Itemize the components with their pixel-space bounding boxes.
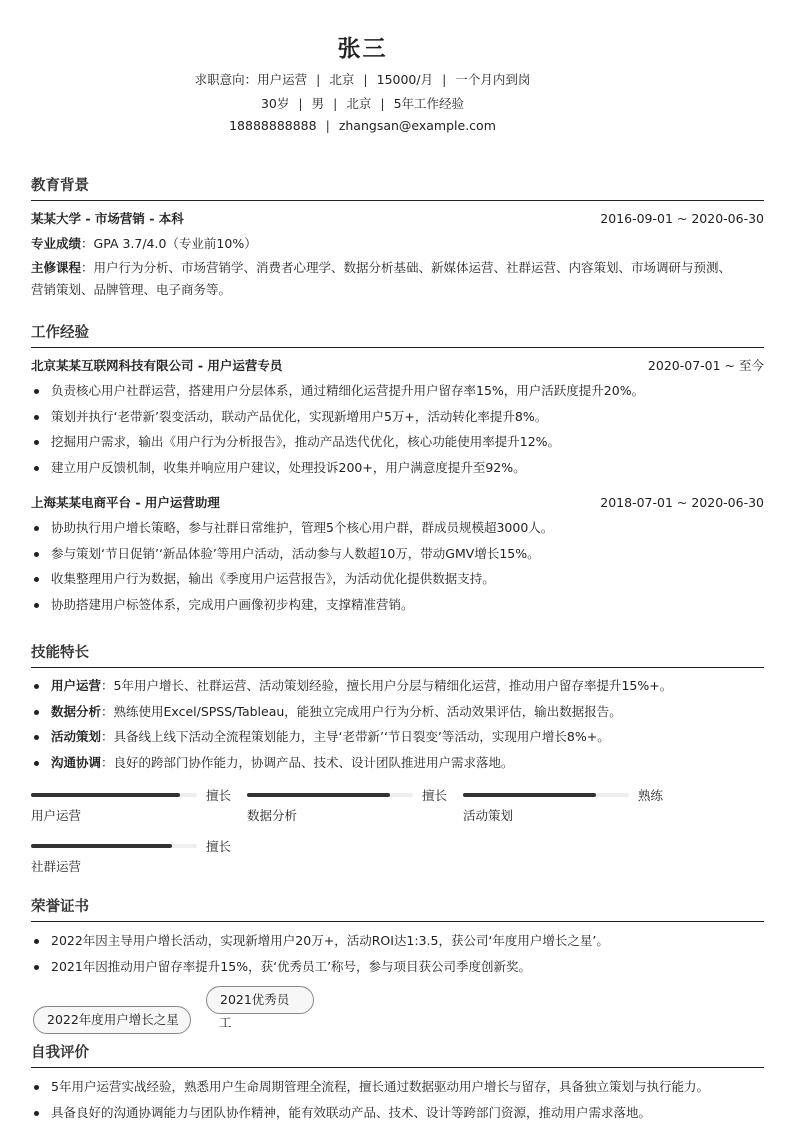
gpa-label: 专业成绩 bbox=[31, 236, 81, 251]
education-date: 2016-09-01 ~ 2020-06-30 bbox=[600, 209, 764, 229]
job-company-title: 北京某某互联网科技有限公司 - 用户运营专员 bbox=[31, 356, 282, 376]
skill-track bbox=[31, 844, 197, 848]
list-item: 2021年因推动用户留存率提升15%，获‘优秀员工’称号，参与项目获公司季度创新… bbox=[31, 957, 764, 983]
skill-text: ：熟练使用Excel/SPSS/Tableau，能独立完成用户行为分析、活动效果… bbox=[101, 704, 622, 719]
job-date: 2018-07-01 ~ 2020-06-30 bbox=[600, 493, 764, 513]
separator: | bbox=[326, 118, 330, 133]
separator: | bbox=[380, 96, 384, 111]
list-item: 用户运营：5年用户增长、社群运营、活动策划经验，擅长用户分层与精细化运营，推动用… bbox=[31, 676, 764, 702]
list-item: 协助执行用户增长策略，参与社群日常维护，管理5个核心用户群，群成员规模超3000… bbox=[31, 518, 764, 544]
work-years: 5年工作经验 bbox=[394, 96, 464, 111]
skill-bullets: 用户运营：5年用户增长、社群运营、活动策划经验，擅长用户分层与精细化运营，推动用… bbox=[31, 676, 764, 778]
list-item: 挖掘用户需求，输出《用户行为分析报告》，推动产品迭代优化，核心功能使用率提升12… bbox=[31, 432, 764, 458]
email[interactable]: zhangsan@example.com bbox=[339, 118, 496, 133]
list-item: 建立用户反馈机制，收集并响应用户建议，处理投诉200+，用户满意度提升至92%。 bbox=[31, 458, 764, 484]
list-item: 负责核心用户社群运营，搭建用户分层体系，通过精细化运营提升用户留存率15%，用户… bbox=[31, 381, 764, 407]
age: 30岁 bbox=[261, 96, 289, 111]
list-item: 活动策划：具备线上线下活动全流程策划能力，主导‘老带新’‘节日裂变’等活动，实现… bbox=[31, 727, 764, 753]
skill-fill bbox=[463, 793, 596, 797]
skill-text: ：良好的跨部门协作能力，协调产品、技术、设计团队推进用户需求落地。 bbox=[101, 755, 514, 770]
skill-bar-user-ops: 擅长 用户运营 bbox=[31, 786, 231, 826]
gender: 男 bbox=[312, 96, 325, 111]
courses-label: 主修课程 bbox=[31, 260, 81, 275]
school-major-degree: 某某大学 - 市场营销 - 本科 bbox=[31, 209, 184, 229]
gpa-value: ：GPA 3.7/4.0（专业前10%） bbox=[81, 236, 257, 251]
job-intention: 求职意向：用户运营 bbox=[195, 72, 308, 87]
list-item: 参与策划‘节日促销’‘新品体验’等用户活动，活动参与人数超10万，带动GMV增长… bbox=[31, 544, 764, 570]
skill-track bbox=[463, 793, 629, 797]
job-header: 北京某某互联网科技有限公司 - 用户运营专员 2020-07-01 ~ 至今 bbox=[31, 356, 764, 376]
section-title-education: 教育背景 bbox=[31, 174, 764, 201]
section-title-experience: 工作经验 bbox=[31, 321, 764, 348]
list-item: 2022年因主导用户增长活动，实现新增用户20万+，活动ROI达1:3.5，获公… bbox=[31, 931, 764, 957]
section-title-honors: 荣誉证书 bbox=[31, 895, 764, 922]
education-header: 某某大学 - 市场营销 - 本科 2016-09-01 ~ 2020-06-30 bbox=[31, 209, 764, 229]
skill-track bbox=[31, 793, 197, 797]
skill-level: 擅长 bbox=[422, 786, 447, 804]
contact-line: 18888888888|zhangsan@example.com bbox=[31, 118, 694, 133]
gpa-line: 专业成绩：GPA 3.7/4.0（专业前10%） bbox=[31, 234, 764, 254]
phone: 18888888888 bbox=[229, 118, 316, 133]
skill-label: 用户运营 bbox=[51, 678, 101, 693]
job-date: 2020-07-01 ~ 至今 bbox=[648, 356, 764, 376]
job-company-title: 上海某某电商平台 - 用户运营助理 bbox=[31, 493, 220, 513]
job-bullets: 负责核心用户社群运营，搭建用户分层体系，通过精细化运营提升用户留存率15%，用户… bbox=[31, 381, 764, 483]
personal-info-line: 30岁|男|北京|5年工作经验 bbox=[31, 94, 694, 112]
skill-text: ：5年用户增长、社群运营、活动策划经验，擅长用户分层与精细化运营，推动用户留存率… bbox=[101, 678, 672, 693]
skill-name: 活动策划 bbox=[463, 806, 513, 824]
separator: | bbox=[316, 72, 320, 87]
skill-fill bbox=[247, 793, 390, 797]
availability: 一个月内到岗 bbox=[455, 72, 530, 87]
skill-name: 数据分析 bbox=[247, 806, 297, 824]
desired-salary: 15000/月 bbox=[377, 72, 433, 87]
list-item: 具备良好的沟通协调能力与团队协作精神，能有效联动产品、技术、设计等跨部门资源，推… bbox=[31, 1103, 764, 1123]
list-item: 收集整理用户行为数据，输出《季度用户运营报告》，为活动优化提供数据支持。 bbox=[31, 569, 764, 595]
list-item: 策划并执行‘老带新’裂变活动，联动产品优化，实现新增用户5万+，活动转化率提升8… bbox=[31, 407, 764, 433]
courses-line: 主修课程：用户行为分析、市场营销学、消费者心理学、数据分析基础、新媒体运营、社群… bbox=[31, 258, 764, 278]
courses-value: ：用户行为分析、市场营销学、消费者心理学、数据分析基础、新媒体运营、社群运营、内… bbox=[81, 260, 731, 275]
list-item: 沟通协调：良好的跨部门协作能力，协调产品、技术、设计团队推进用户需求落地。 bbox=[31, 753, 764, 779]
honor-badge-label: 2022年度用户增长之星 bbox=[47, 1012, 179, 1027]
list-item: 5年用户运营实战经验，熟悉用户生命周期管理全流程，擅长通过数据驱动用户增长与留存… bbox=[31, 1077, 764, 1103]
separator: | bbox=[363, 72, 367, 87]
section-title-self-evaluation: 自我评价 bbox=[31, 1041, 764, 1068]
skill-name: 社群运营 bbox=[31, 857, 81, 875]
separator: | bbox=[442, 72, 446, 87]
desired-city: 北京 bbox=[329, 72, 354, 87]
skill-track bbox=[247, 793, 413, 797]
skill-label: 数据分析 bbox=[51, 704, 101, 719]
honor-badge-overflow-text: 工 bbox=[219, 1013, 232, 1031]
skill-bar-campaign: 熟练 活动策划 bbox=[463, 786, 663, 826]
skill-fill bbox=[31, 793, 180, 797]
job-header: 上海某某电商平台 - 用户运营助理 2018-07-01 ~ 2020-06-3… bbox=[31, 493, 764, 513]
honor-badge-label: 2021优秀员 bbox=[220, 992, 289, 1007]
separator: | bbox=[333, 96, 337, 111]
honor-bullets: 2022年因主导用户增长活动，实现新增用户20万+，活动ROI达1:3.5，获公… bbox=[31, 931, 764, 982]
section-title-skills: 技能特长 bbox=[31, 641, 764, 668]
self-evaluation-bullets: 5年用户运营实战经验，熟悉用户生命周期管理全流程，擅长通过数据驱动用户增长与留存… bbox=[31, 1077, 764, 1123]
courses-line-cont: 营销策划、品牌管理、电子商务等。 bbox=[31, 280, 764, 300]
city: 北京 bbox=[346, 96, 371, 111]
skill-level: 熟练 bbox=[638, 786, 663, 804]
skill-label: 活动策划 bbox=[51, 729, 101, 744]
candidate-name: 张三 bbox=[31, 30, 694, 63]
job-bullets: 协助执行用户增长策略，参与社群日常维护，管理5个核心用户群，群成员规模超3000… bbox=[31, 518, 764, 620]
skill-level: 擅长 bbox=[206, 786, 231, 804]
job-intention-line: 求职意向：用户运营|北京|15000/月|一个月内到岗 bbox=[31, 70, 694, 88]
separator: | bbox=[298, 96, 302, 111]
skill-bar-data-analysis: 擅长 数据分析 bbox=[247, 786, 447, 826]
skill-label: 沟通协调 bbox=[51, 755, 101, 770]
list-item: 协助搭建用户标签体系，完成用户画像初步构建，支撑精准营销。 bbox=[31, 595, 764, 621]
honor-badge: 2022年度用户增长之星 bbox=[33, 1006, 191, 1034]
skill-name: 用户运营 bbox=[31, 806, 81, 824]
list-item: 数据分析：熟练使用Excel/SPSS/Tableau，能独立完成用户行为分析、… bbox=[31, 702, 764, 728]
skill-text: ：具备线上线下活动全流程策划能力，主导‘老带新’‘节日裂变’等活动，实现用户增长… bbox=[101, 729, 610, 744]
skill-level: 擅长 bbox=[206, 837, 231, 855]
skill-fill bbox=[31, 844, 172, 848]
honor-badge: 2021优秀员 bbox=[206, 986, 314, 1014]
skill-bar-community: 擅长 社群运营 bbox=[31, 837, 231, 877]
